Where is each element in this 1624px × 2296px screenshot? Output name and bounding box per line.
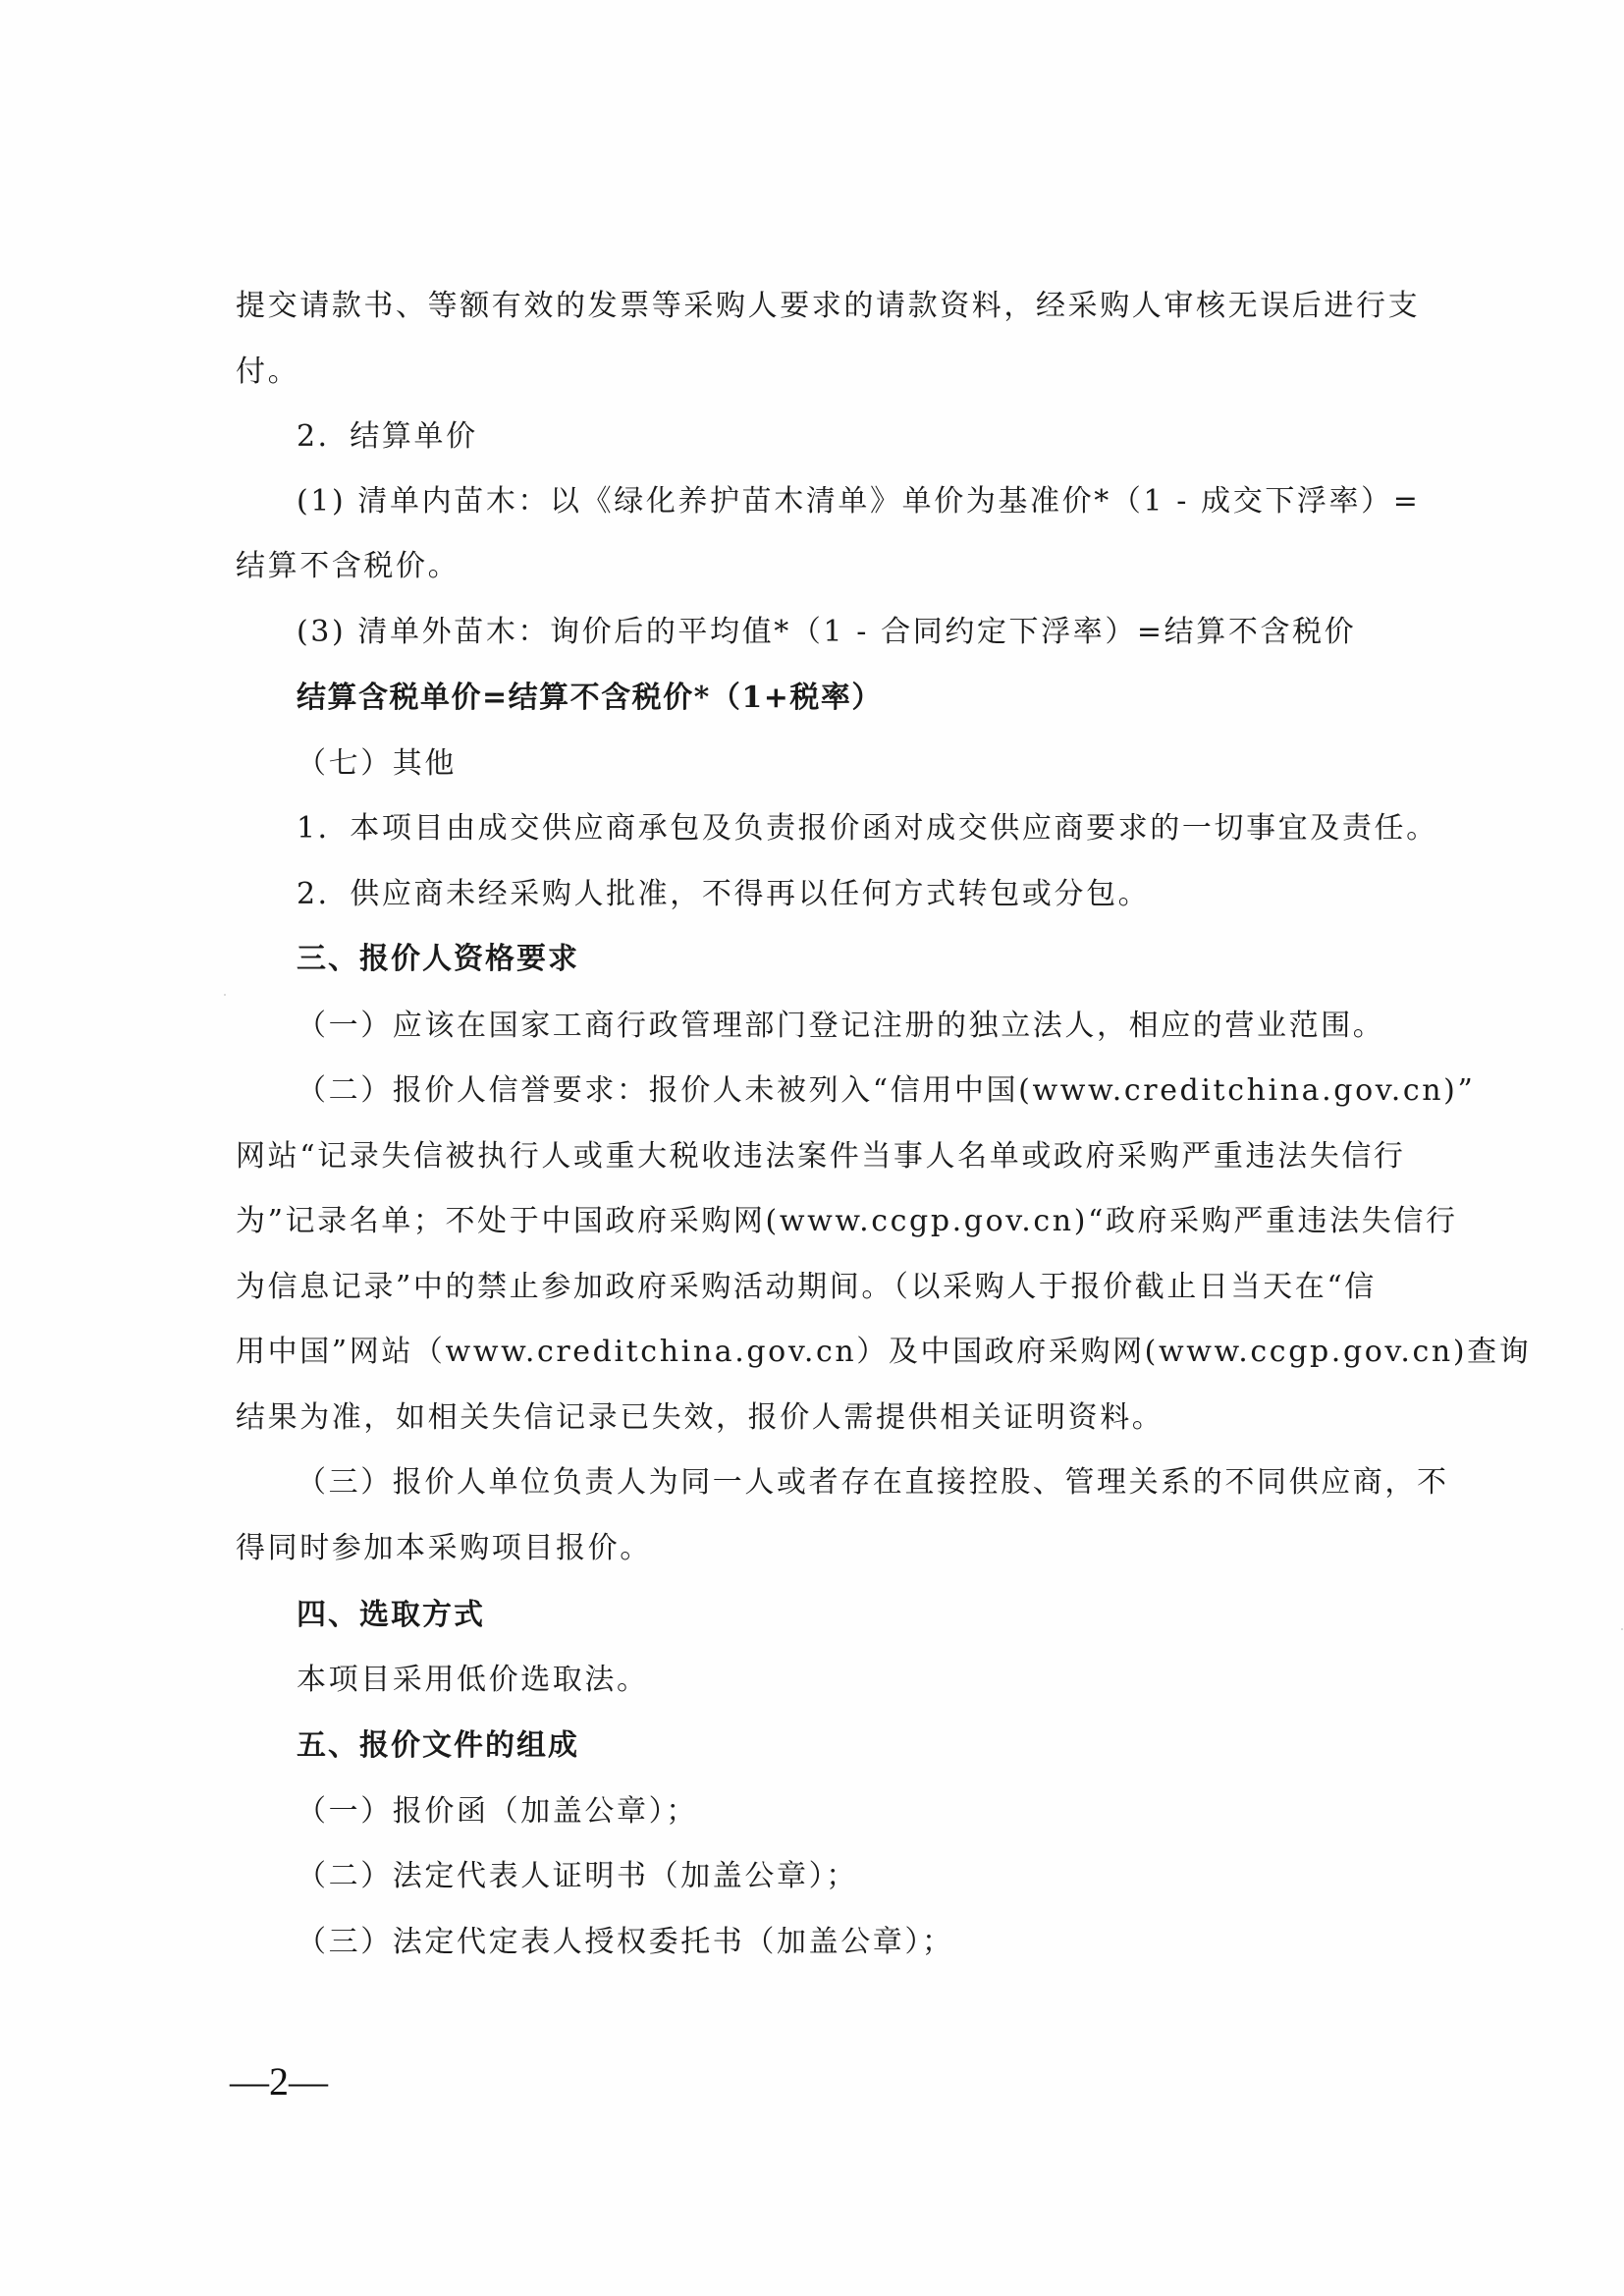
qualification-item-2-line-4: 为信息记录”中的禁止参加政府采购活动期间。（以采购人于报价截止日当天在“信 [236, 1268, 1377, 1307]
scan-speck [1621, 1628, 1623, 1630]
paragraph-payment-line-2: 付。 [236, 353, 299, 392]
page-number: —2— [230, 2060, 328, 2104]
subheading-other: （七）其他 [297, 744, 457, 784]
quote-document-item-3: （三）法定代定表人授权委托书（加盖公章）； [297, 1923, 954, 1962]
paragraph-payment-line-1: 提交请款书、等额有效的发票等采购人要求的请款资料，经采购人审核无误后进行支 [236, 287, 1420, 326]
qualification-item-3-line-2: 得同时参加本采购项目报价。 [236, 1529, 652, 1568]
qualification-item-2-line-3: 为”记录名单；不处于中国政府采购网(www.ccgp.gov.cn)“政府采购严… [236, 1202, 1458, 1241]
document-page: 提交请款书、等额有效的发票等采购人要求的请款资料，经采购人审核无误后进行支 付。… [0, 0, 1624, 2296]
selection-method-text: 本项目采用低价选取法。 [297, 1661, 649, 1700]
other-item-1: 1．本项目由成交供应商承包及负责报价函对成交供应商要求的一切事宜及责任。 [297, 809, 1438, 848]
item-in-list-seedlings-line-1: (1) 清单内苗木：以《绿化养护苗木清单》单价为基准价*（1 - 成交下浮率）= [297, 482, 1420, 521]
qualification-item-2-line-1: （二）报价人信誉要求：报价人未被列入“信用中国(www.creditchina.… [297, 1071, 1475, 1111]
item-out-of-list-seedlings: (3) 清单外苗木：询价后的平均值*（1 - 合同约定下浮率）=结算不含税价 [297, 613, 1356, 652]
section-heading-quote-documents: 五、报价文件的组成 [297, 1726, 579, 1766]
quote-document-item-2: （二）法定代表人证明书（加盖公章）； [297, 1857, 858, 1896]
other-item-2: 2．供应商未经采购人批准，不得再以任何方式转包或分包。 [297, 875, 1150, 914]
qualification-item-2-line-2: 网站“记录失信被执行人或重大税收违法案件当事人名单或政府采购严重违法失信行 [236, 1137, 1406, 1176]
section-heading-selection-method: 四、选取方式 [297, 1596, 485, 1635]
qualification-item-1: （一）应该在国家工商行政管理部门登记注册的独立法人，相应的营业范围。 [297, 1007, 1384, 1046]
qualification-item-2-line-6: 结果为准，如相关失信记录已失效，报价人需提供相关证明资料。 [236, 1398, 1164, 1438]
section-heading-qualification: 三、报价人资格要求 [297, 940, 579, 979]
item-in-list-seedlings-line-2: 结算不含税价。 [236, 547, 460, 586]
formula-tax-inclusive-price: 结算含税单价=结算不含税价*（1+税率） [297, 679, 883, 718]
scan-speck [224, 994, 226, 996]
quote-document-item-1: （一）报价函（加盖公章）； [297, 1792, 698, 1831]
subheading-settlement-price: 2．结算单价 [297, 417, 478, 457]
qualification-item-2-line-5: 用中国”网站（www.creditchina.gov.cn）及中国政府采购网(w… [236, 1333, 1531, 1372]
qualification-item-3-line-1: （三）报价人单位负责人为同一人或者存在直接控股、管理关系的不同供应商，不 [297, 1463, 1449, 1503]
